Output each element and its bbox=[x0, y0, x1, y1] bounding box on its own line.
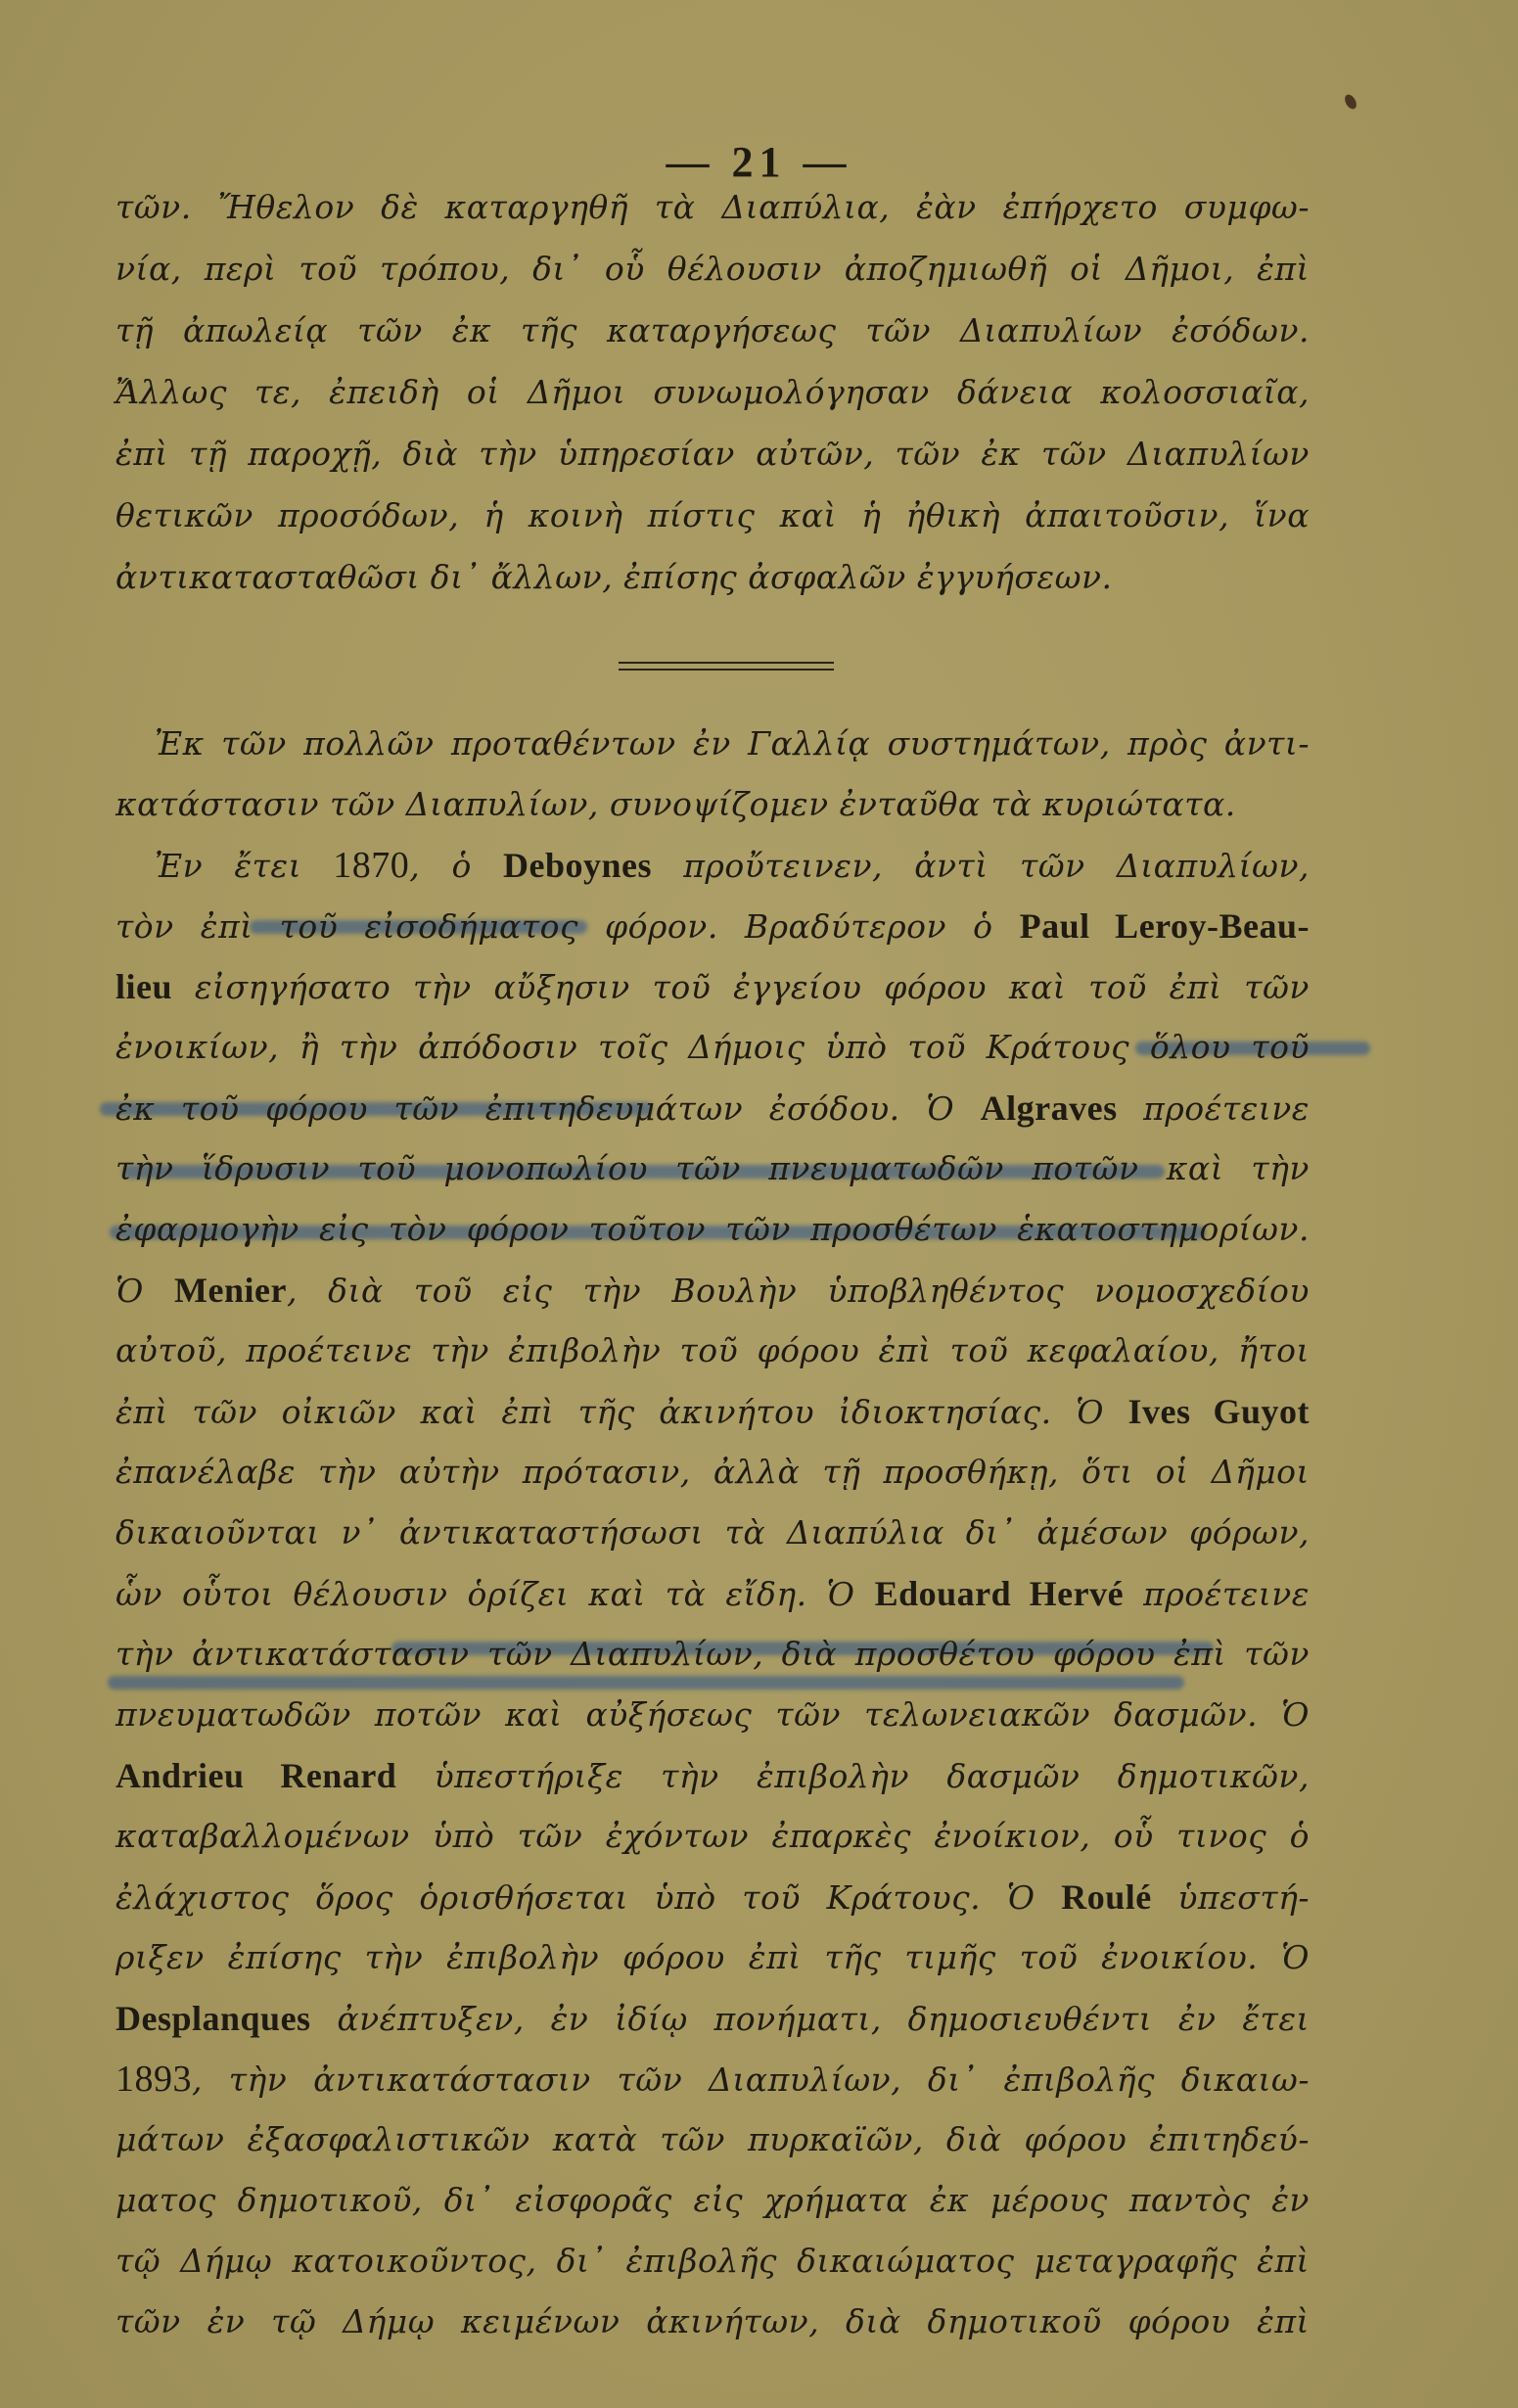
text-line: ἐνοικίων, ἢ τὴν ἀπόδοσιν τοῖς Δήμοις ὑπὸ… bbox=[115, 1026, 1310, 1069]
author-name: Roulé bbox=[1061, 1877, 1152, 1917]
author-name: lieu bbox=[115, 967, 172, 1006]
author-name: Desplanques bbox=[115, 1999, 311, 2038]
text-line: θετικῶν προσόδων, ἡ κοινὴ πίστις καὶ ἡ ἠ… bbox=[115, 494, 1310, 537]
text-line: αὐτοῦ, προέτεινε τὴν ἐπιβολὴν τοῦ φόρου … bbox=[115, 1329, 1310, 1372]
text-line: τῇ ἀπωλείᾳ τῶν ἐκ τῆς καταργήσεως τῶν Δι… bbox=[115, 309, 1310, 352]
author-name: Andrieu Renard bbox=[115, 1756, 396, 1795]
author-name: Ives Guyot bbox=[1127, 1392, 1310, 1431]
text-line: Ἐν ἔτει 1870, ὁ Deboynes προὔτεινεν, ἀντ… bbox=[155, 844, 1310, 888]
page-number: — 21 — bbox=[0, 137, 1518, 187]
text-line: πνευματωδῶν ποτῶν καὶ αὐξήσεως τῶν τελων… bbox=[115, 1693, 1310, 1737]
text-line: ματος δημοτικοῦ, δι᾽ εἰσφορᾶς εἰς χρήματ… bbox=[115, 2179, 1310, 2222]
text-line: ἐφαρμογὴν εἰς τὸν φόρον τοῦτον τῶν προσθ… bbox=[115, 1208, 1310, 1251]
text-line: Desplanques ἀνέπτυξεν, ἐν ἰδίῳ πονήματι,… bbox=[115, 1997, 1310, 2041]
text-line: Ἄλλως τε, ἐπειδὴ οἱ Δῆμοι συνωμολόγησαν … bbox=[115, 371, 1310, 414]
text-line: τὴν ἵδρυσιν τοῦ μονοπωλίου τῶν πνευματωδ… bbox=[115, 1147, 1310, 1190]
text-line: δικαιοῦνται ν᾽ ἀντικαταστήσωσι τὰ Διαπύλ… bbox=[115, 1511, 1310, 1554]
text-line: καταβαλλομένων ὑπὸ τῶν ἐχόντων ἐπαρκὲς ἐ… bbox=[115, 1815, 1310, 1858]
text-line: ἀντικατασταθῶσι δι᾽ ἄλλων, ἐπίσης ἀσφαλῶ… bbox=[115, 556, 1310, 599]
year-1893: 1893 bbox=[115, 2059, 192, 2100]
text-line: τῶν ἐν τῷ Δήμῳ κειμένων ἀκινήτων, διὰ δη… bbox=[115, 2300, 1310, 2343]
text-line: τὸν ἐπὶ τοῦ εἰσοδήματος φόρον. Βραδύτερο… bbox=[115, 904, 1310, 949]
text-line: τῷ Δήμῳ κατοικοῦντος, δι᾽ ἐπιβολῆς δικαι… bbox=[115, 2240, 1310, 2283]
text-line: ἐπὶ τῇ παροχῇ, διὰ τὴν ὑπηρεσίαν αὐτῶν, … bbox=[115, 433, 1310, 476]
text-line: νία, περὶ τοῦ τρόπου, δι᾽ οὗ θέλουσιν ἀπ… bbox=[115, 248, 1310, 291]
author-name: Menier bbox=[174, 1271, 287, 1310]
text-line: 1893, τὴν ἀντικατάστασιν τῶν Διαπυλίων, … bbox=[115, 2058, 1310, 2102]
author-name: Deboynes bbox=[503, 846, 652, 885]
text-line: ριξεν ἐπίσης τὴν ἐπιβολὴν φόρου ἐπὶ τῆς … bbox=[115, 1936, 1310, 1979]
text-line: τὴν ἀντικατάστασιν τῶν Διαπυλίων, διὰ πρ… bbox=[115, 1633, 1310, 1676]
text-line: Andrieu Renard ὑπεστήριξε τὴν ἐπιβολὴν δ… bbox=[115, 1754, 1310, 1798]
text-line: Ἐκ τῶν πολλῶν προταθέντων ἐν Γαλλίᾳ συστ… bbox=[155, 722, 1310, 765]
year-1870: 1870 bbox=[333, 845, 409, 886]
author-name: Algraves bbox=[981, 1088, 1118, 1128]
text-line: ἐκ τοῦ φόρου τῶν ἐπιτηδευμάτων ἐσόδου. Ὁ… bbox=[115, 1087, 1310, 1131]
text-line: κατάστασιν τῶν Διαπυλίων, συνοψίζομεν ἐν… bbox=[115, 783, 1310, 826]
author-name: Paul Leroy-Beau- bbox=[1020, 906, 1310, 946]
text-line: μάτων ἐξασφαλιστικῶν κατὰ τῶν πυρκαϊῶν, … bbox=[115, 2118, 1310, 2161]
text-line: Ὁ Menier, διὰ τοῦ εἰς τὴν Βουλὴν ὑποβληθ… bbox=[115, 1269, 1310, 1313]
text-line: ἐπανέλαβε τὴν αὐτὴν πρότασιν, ἀλλὰ τῇ πρ… bbox=[115, 1451, 1310, 1494]
pencil-underline-mark bbox=[108, 1676, 1184, 1690]
text-line: ἐπὶ τῶν οἰκιῶν καὶ ἐπὶ τῆς ἀκινήτου ἰδιο… bbox=[115, 1390, 1310, 1434]
text-line: ὧν οὗτοι θέλουσιν ὁρίζει καὶ τὰ εἴδη. Ὁ … bbox=[115, 1572, 1310, 1616]
paper-speck bbox=[1343, 93, 1359, 112]
author-name: Edouard Hervé bbox=[875, 1574, 1125, 1613]
text-line: τῶν. Ἤθελον δὲ καταργηθῆ τὰ Διαπύλια, ἐὰ… bbox=[115, 186, 1310, 229]
text-line: lieu εἰσηγήσατο τὴν αὔξησιν τοῦ ἐγγείου … bbox=[115, 965, 1310, 1009]
text-line: ἐλάχιστος ὅρος ὁρισθήσεται ὑπὸ τοῦ Κράτο… bbox=[115, 1875, 1310, 1920]
section-separator-rule bbox=[619, 662, 834, 671]
